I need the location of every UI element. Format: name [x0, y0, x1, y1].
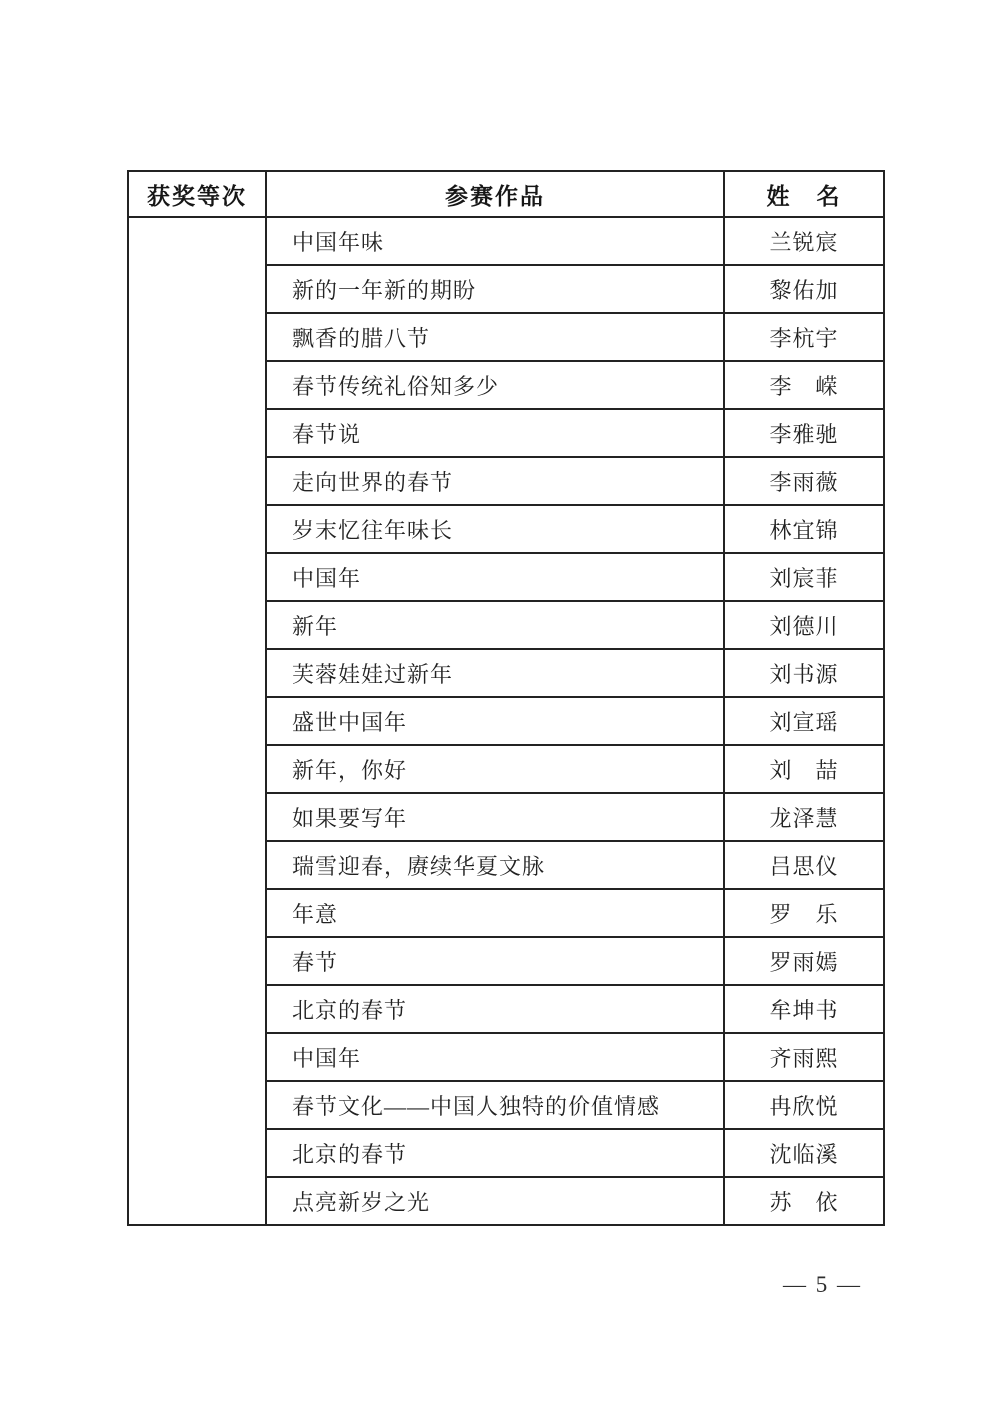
author-name: 苏 依	[724, 1177, 884, 1225]
work-title: 新年	[266, 601, 724, 649]
work-title: 中国年	[266, 553, 724, 601]
header-row: 获奖等次 参赛作品 姓 名	[128, 171, 884, 217]
author-name: 李雅驰	[724, 409, 884, 457]
author-name: 李雨薇	[724, 457, 884, 505]
author-name: 罗 乐	[724, 889, 884, 937]
work-title: 春节文化——中国人独特的价值情感	[266, 1081, 724, 1129]
author-name: 兰锐宸	[724, 217, 884, 265]
author-name: 刘 喆	[724, 745, 884, 793]
work-title: 瑞雪迎春，赓续华夏文脉	[266, 841, 724, 889]
page-number: — 5 —	[783, 1272, 862, 1297]
award-table: 获奖等次 参赛作品 姓 名 中国年味 兰锐宸 新的一年新的期盼 黎佑加 飘香的腊…	[127, 170, 885, 1226]
page-footer: — 5 —	[783, 1272, 862, 1298]
table-body: 中国年味 兰锐宸 新的一年新的期盼 黎佑加 飘香的腊八节 李杭宇 春节传统礼俗知…	[128, 217, 884, 1225]
author-name: 刘书源	[724, 649, 884, 697]
author-name: 刘宸菲	[724, 553, 884, 601]
author-name: 黎佑加	[724, 265, 884, 313]
table-row: 中国年味 兰锐宸	[128, 217, 884, 265]
author-name: 林宜锦	[724, 505, 884, 553]
header-author-name: 姓 名	[724, 171, 884, 217]
author-name: 冉欣悦	[724, 1081, 884, 1129]
work-title: 中国年	[266, 1033, 724, 1081]
author-name: 吕思仪	[724, 841, 884, 889]
author-name: 刘德川	[724, 601, 884, 649]
work-title: 飘香的腊八节	[266, 313, 724, 361]
author-name: 龙泽慧	[724, 793, 884, 841]
author-name: 李杭宇	[724, 313, 884, 361]
work-title: 新的一年新的期盼	[266, 265, 724, 313]
table-header: 获奖等次 参赛作品 姓 名	[128, 171, 884, 217]
author-name: 罗雨嫣	[724, 937, 884, 985]
award-level-cell	[128, 217, 266, 1225]
header-award-level: 获奖等次	[128, 171, 266, 217]
work-title: 点亮新岁之光	[266, 1177, 724, 1225]
work-title: 北京的春节	[266, 1129, 724, 1177]
work-title: 新年，你好	[266, 745, 724, 793]
work-title: 中国年味	[266, 217, 724, 265]
work-title: 春节说	[266, 409, 724, 457]
author-name: 沈临溪	[724, 1129, 884, 1177]
header-work-title: 参赛作品	[266, 171, 724, 217]
work-title: 走向世界的春节	[266, 457, 724, 505]
work-title: 芙蓉娃娃过新年	[266, 649, 724, 697]
work-title: 如果要写年	[266, 793, 724, 841]
work-title: 岁末忆往年味长	[266, 505, 724, 553]
document-page: 获奖等次 参赛作品 姓 名 中国年味 兰锐宸 新的一年新的期盼 黎佑加 飘香的腊…	[0, 0, 1000, 1414]
author-name: 齐雨熙	[724, 1033, 884, 1081]
author-name: 牟坤书	[724, 985, 884, 1033]
work-title: 年意	[266, 889, 724, 937]
work-title: 春节	[266, 937, 724, 985]
work-title: 盛世中国年	[266, 697, 724, 745]
author-name: 李 嵘	[724, 361, 884, 409]
author-name: 刘宣瑶	[724, 697, 884, 745]
work-title: 北京的春节	[266, 985, 724, 1033]
work-title: 春节传统礼俗知多少	[266, 361, 724, 409]
